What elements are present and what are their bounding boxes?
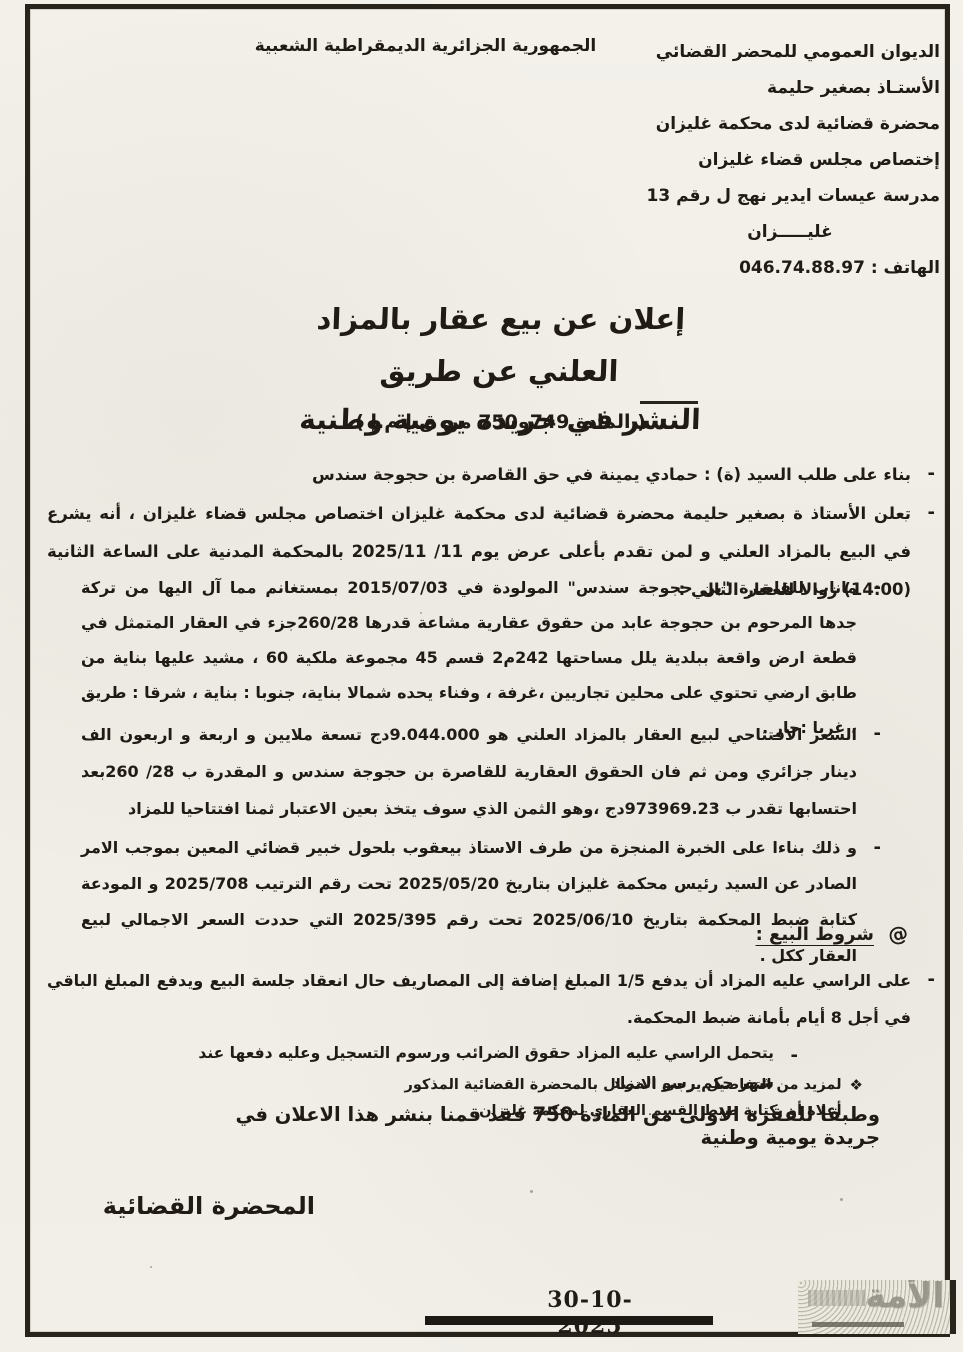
term1-paragraph: على الراسي عليه المزاد أن يدفع 1/5 المبل… (47, 962, 911, 1036)
office-address: مدرسة عيسات ايدير نهج ل رقم 13 (580, 178, 940, 214)
office-title: الديوان العمومي للمحضر القضائي (580, 34, 940, 70)
term1-item: - على الراسي عليه المزاد أن يدفع 1/5 الم… (47, 962, 935, 1036)
bailiff-signature: المحضرة القضائية (95, 1192, 315, 1220)
publication-statement: وطبقا للفقرة الاولى من المادة 750 فقد قم… (175, 1103, 880, 1149)
newspaper-logo: الأمة (798, 1280, 956, 1334)
dash-bullet: - (857, 716, 881, 752)
bailiff-office-header: الديوان العمومي للمحضر القضائي الأستـاذ … (580, 34, 940, 286)
terms-of-sale-heading: شروط البيع : (756, 924, 874, 945)
office-phone: الهاتف : 046.74.88.97 (580, 250, 940, 286)
scan-speck (840, 1198, 843, 1201)
at-symbol-mark: @ (886, 920, 911, 948)
price-item: - السعر الافتتاحي لبيع العقار بالمزاد ال… (81, 716, 881, 827)
newspaper-logo-text: الأمة (865, 1280, 944, 1316)
scan-speck (905, 520, 907, 522)
terms-heading-row: @ شروط البيع : (508, 922, 908, 946)
office-city: غليـــــزان (580, 214, 940, 250)
dash-bullet: - (911, 456, 935, 492)
request-item: - بناء على طلب السيد (ة) : حمادي يمينة ف… (47, 456, 935, 494)
expertise-item: - و ذلك بناءا على الخبرة المنجزة من طرف … (81, 830, 881, 974)
jurisdiction: إختصاص مجلس قضاء غليزان (580, 142, 940, 178)
republic-header: الجمهورية الجزائرية الديمقراطية الشعبية (233, 36, 618, 56)
dash-bullet: - (857, 570, 881, 606)
bailiff-name: الأستـاذ بصغير حليمة (580, 70, 940, 106)
logo-halftone-block (808, 1290, 866, 1306)
scanned-document-page: الديوان العمومي للمحضر القضائي الأستـاذ … (0, 0, 963, 1352)
legal-article-reference: ( المادة 749و750 من ق.إ.م.إ ) (318, 411, 683, 433)
expertise-paragraph: و ذلك بناءا على الخبرة المنجزة من طرف ال… (81, 830, 857, 974)
request-line: بناء على طلب السيد (ة) : حمادي يمينة في … (47, 456, 911, 494)
price-paragraph: السعر الافتتاحي لبيع العقار بالمزاد العل… (81, 716, 857, 827)
dash-bullet: - (911, 962, 935, 998)
scan-speck (150, 1266, 152, 1268)
title-line-1: إعلان عن بيع عقار بالمزاد العلني عن طريق (273, 293, 727, 397)
logo-tagline-strip (812, 1322, 904, 1327)
dash-bullet: - (911, 495, 935, 531)
publication-date: 30-10-2025 (520, 1287, 660, 1339)
bailiff-function: محضرة قضائية لدى محكمة غليزان (580, 106, 940, 142)
title-separator-line (640, 401, 698, 404)
diamond-bullet-icon: ❖ (850, 1072, 863, 1098)
scan-speck (420, 612, 422, 614)
date-underline-bar (425, 1316, 713, 1325)
dash-bullet: - (774, 1038, 798, 1074)
dash-bullet: - (857, 830, 881, 866)
scan-speck (530, 1190, 533, 1193)
